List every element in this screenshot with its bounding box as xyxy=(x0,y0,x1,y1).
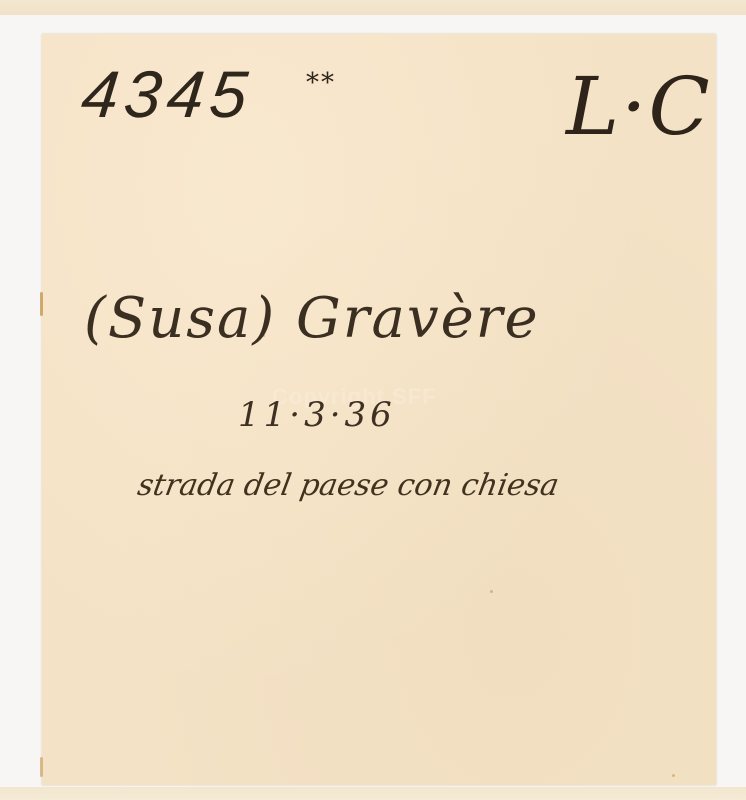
catalog-number: 4345 xyxy=(78,56,257,132)
card-edge-stain xyxy=(40,757,43,777)
paper-speck xyxy=(672,774,675,777)
paper-speck xyxy=(490,590,493,593)
backing-paper-strip-bottom xyxy=(0,787,746,800)
date-label: 11·3·36 xyxy=(238,395,396,435)
location-label: (Susa) Gravère xyxy=(84,286,540,351)
backing-paper-strip-top xyxy=(0,0,746,15)
card-edge-stain xyxy=(40,292,43,316)
photographer-initials: L·C xyxy=(566,60,712,153)
catalog-star-marks: ** xyxy=(306,68,336,98)
description-label: strada del paese con chiesa xyxy=(135,468,562,503)
